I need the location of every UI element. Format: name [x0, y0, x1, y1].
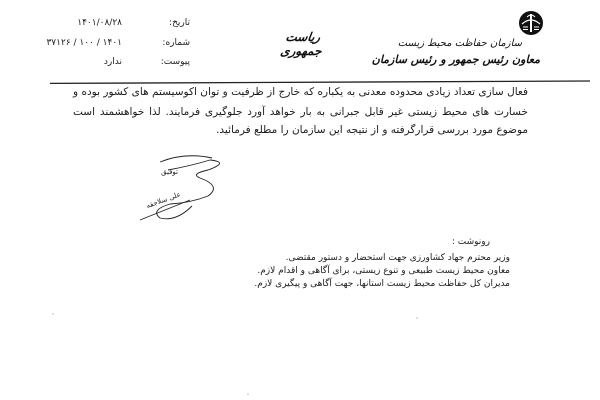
- copy-recipient-2: معاون محیط زیست طبیعی و تنوع زیستی، برای…: [257, 266, 510, 276]
- meta-date-row: تاریخ: ۱۴۰۱/۰۸/۲۸: [0, 18, 200, 32]
- scan-speck: [416, 317, 418, 319]
- scan-speck: [247, 393, 249, 395]
- meta-date-label: تاریخ:: [140, 18, 190, 28]
- department-of-environment-emblem-icon: [518, 10, 544, 36]
- organization-head-title: معاون رئیس جمهور و رئیس سازمان: [372, 53, 540, 66]
- copy-recipient-3: مدیران کل حفاظت محیط زیست استانها، جهت آ…: [254, 279, 510, 289]
- scan-speck: [52, 313, 54, 315]
- meta-number-row: شماره: ۱۴۰۱ / ۱۰۰ / ۳۷۱۲۶: [0, 38, 200, 52]
- organization-name: سازمان حفاظت محیط زیست: [398, 38, 522, 49]
- meta-number-value: ۱۴۰۱ / ۱۰۰ / ۳۷۱۲۶: [12, 38, 122, 48]
- signature-note: توفیق: [161, 168, 178, 176]
- signature-name: علی سلاجقه: [145, 190, 182, 210]
- presidency-title: ریاست جمهوری: [260, 30, 344, 58]
- body-line-1: فعال سازی تعداد زیادی محدوده معدنی به یک…: [73, 86, 528, 98]
- meta-attachment-row: پیوست: ندارد: [0, 57, 200, 71]
- copies-heading: رونوشت :: [452, 237, 490, 247]
- meta-date-value: ۱۴۰۱/۰۸/۲۸: [12, 18, 122, 28]
- meta-attachment-label: پیوست:: [140, 57, 190, 67]
- body-line-3: موضوع مورد بررسی قرارگرفته و از نتیجه ای…: [73, 124, 528, 136]
- meta-attachment-value: ندارد: [12, 57, 122, 67]
- meta-number-label: شماره:: [140, 38, 190, 48]
- signature: توفیق علی سلاجقه: [130, 148, 240, 223]
- body-line-2: خسارت های محیط زیستی غیر قابل جبرانی به …: [73, 106, 528, 118]
- copy-recipient-1: وزیر محترم جهاد کشاورزی جهت استحضار و دس…: [286, 253, 510, 263]
